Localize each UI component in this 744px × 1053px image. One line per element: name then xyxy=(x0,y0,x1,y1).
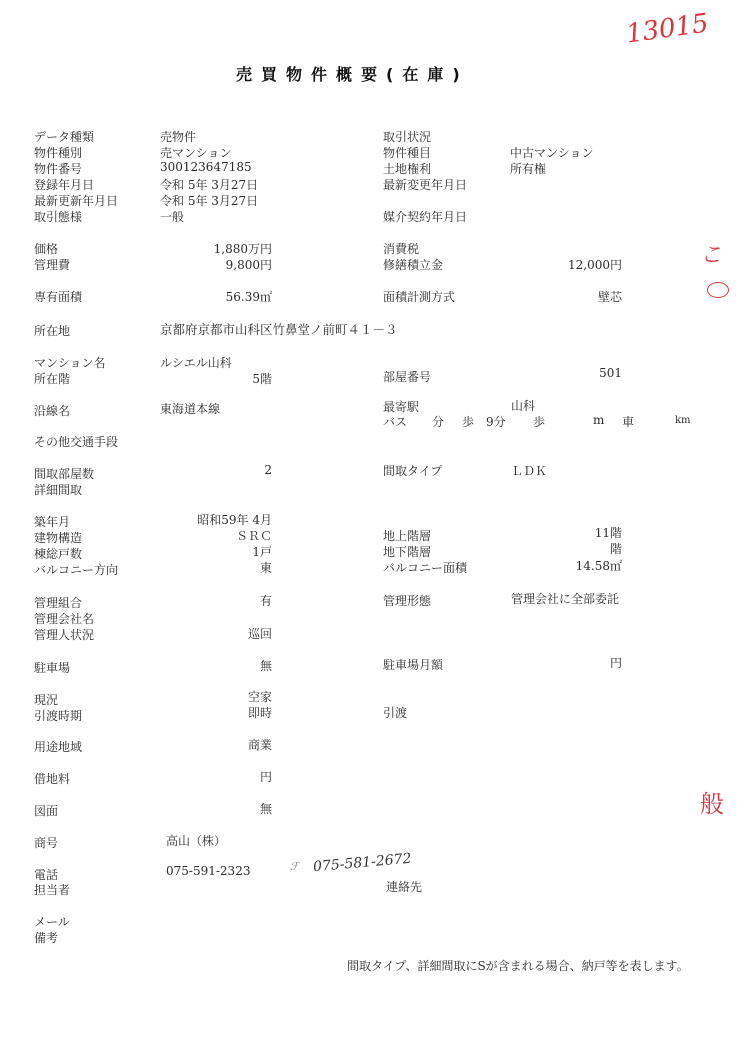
label-exclusive-area: 専有面積 xyxy=(34,288,82,305)
value-parking-monthly: 円 xyxy=(610,654,622,671)
handwritten-phone: 075-581-2672 xyxy=(312,851,412,876)
label-remarks: 備考 xyxy=(34,929,58,946)
label-property-number: 物件番号 xyxy=(34,160,82,177)
value-address: 京都府京都市山科区竹鼻堂ノ前町４１－３ xyxy=(160,320,398,338)
label-construction: 建物構造 xyxy=(34,529,82,546)
label-handover-time: 引渡時期 xyxy=(34,707,82,724)
label-built: 築年月 xyxy=(34,513,70,530)
value-repair-reserve: 12,000円 xyxy=(568,256,622,273)
label-line-name: 沿線名 xyxy=(34,402,70,419)
label-bus-minutes: 分 xyxy=(432,413,444,430)
value-association: 有 xyxy=(260,592,272,609)
value-phone: 075-591-2323 xyxy=(166,864,250,878)
label-property-category: 物件種別 xyxy=(34,144,82,161)
value-mansion-name: ルシエル山科 xyxy=(160,354,232,371)
label-balcony-direction: バルコニー方向 xyxy=(34,561,118,578)
label-handover: 引渡 xyxy=(383,704,407,721)
handwritten-mark: こ xyxy=(700,238,722,269)
value-handover-time: 即時 xyxy=(248,704,272,721)
label-use-district: 用途地域 xyxy=(34,738,82,755)
label-km: km xyxy=(675,415,691,426)
label-current-status: 現況 xyxy=(34,691,58,708)
label-contact: 連絡先 xyxy=(386,878,422,895)
label-layout-type: 間取タイプ xyxy=(383,462,442,479)
label-walk: 歩 xyxy=(462,413,474,430)
value-walk-minutes: 9分 xyxy=(486,413,506,430)
label-bus: バス xyxy=(383,413,407,430)
handwritten-circle xyxy=(707,282,729,298)
label-updated-date: 最新更新年月日 xyxy=(34,192,118,209)
value-area-method: 壁芯 xyxy=(598,288,622,305)
label-walk-distance: 歩 xyxy=(533,413,545,430)
value-management-form: 管理会社に全部委託 xyxy=(511,590,619,607)
label-land-lease: 借地料 xyxy=(34,770,70,787)
label-floors-above: 地上階層 xyxy=(383,527,431,544)
value-current-status: 空家 xyxy=(248,688,272,705)
value-balcony-area: 14.58㎡ xyxy=(576,557,622,574)
label-room-count: 間取部屋数 xyxy=(34,465,94,482)
handwritten-kanji: 般 xyxy=(700,784,724,819)
label-transaction-mode: 取引態様 xyxy=(34,208,82,225)
label-registered-date: 登録年月日 xyxy=(34,176,94,193)
label-parking-monthly: 駐車場月額 xyxy=(383,656,443,673)
label-floor: 所在階 xyxy=(34,370,70,387)
value-property-category: 売マンション xyxy=(160,144,231,161)
label-area-method: 面積計測方式 xyxy=(383,288,455,305)
label-price: 価格 xyxy=(34,240,58,257)
value-balcony-direction: 東 xyxy=(260,559,272,576)
value-transaction-mode: 一般 xyxy=(160,208,184,225)
value-updated-date: 令和 5年 3月27日 xyxy=(160,192,258,209)
value-land-lease: 円 xyxy=(260,768,272,785)
value-use-district: 商業 xyxy=(248,736,272,753)
label-meters: m xyxy=(593,413,604,427)
value-data-type: 売物件 xyxy=(160,128,196,145)
label-person-in-charge: 担当者 xyxy=(34,881,70,898)
label-mansion-name: マンション名 xyxy=(34,354,105,371)
label-manager-status: 管理人状況 xyxy=(34,626,94,643)
footnote: 間取タイプ、詳細間取にSが含まれる場合、納戸等を表します。 xyxy=(347,957,689,974)
value-property-type: 中古マンション xyxy=(510,144,593,161)
value-floor: 5階 xyxy=(252,370,272,387)
label-management-form: 管理形態 xyxy=(383,592,431,609)
label-other-transport: その他交通手段 xyxy=(34,433,118,450)
value-property-number: 300123647185 xyxy=(160,160,252,174)
label-management-company: 管理会社名 xyxy=(34,610,94,627)
label-consumption-tax: 消費税 xyxy=(383,240,419,257)
value-manager-status: 巡回 xyxy=(248,625,272,642)
page-title: 売買物件概要(在庫) xyxy=(236,62,469,85)
value-floors-below: 階 xyxy=(610,540,622,557)
value-drawing: 無 xyxy=(260,800,272,817)
label-layout-detail: 詳細間取 xyxy=(34,481,82,498)
value-registered-date: 令和 5年 3月27日 xyxy=(160,176,258,193)
label-trade-name: 商号 xyxy=(34,834,58,851)
value-layout-type: ＬＤＫ xyxy=(511,462,547,479)
label-land-rights: 土地権利 xyxy=(383,160,431,177)
label-property-type: 物件種目 xyxy=(383,144,431,161)
label-total-units: 棟総戸数 xyxy=(34,545,82,562)
value-land-rights: 所有権 xyxy=(510,160,546,177)
value-floors-above: 11階 xyxy=(595,524,622,541)
value-management-fee: 9,800円 xyxy=(226,256,272,273)
value-built: 昭和59年 4月 xyxy=(197,511,272,528)
handwritten-fax-mark: ℱ xyxy=(290,860,299,873)
label-balcony-area: バルコニー面積 xyxy=(383,559,467,576)
label-room-number: 部屋番号 xyxy=(383,368,431,385)
label-association: 管理組合 xyxy=(34,594,82,611)
value-exclusive-area: 56.39㎡ xyxy=(226,288,272,305)
value-nearest-station: 山科 xyxy=(511,397,535,414)
label-management-fee: 管理費 xyxy=(34,256,70,273)
value-room-count: 2 xyxy=(264,463,272,477)
value-price: 1,880万円 xyxy=(214,240,272,257)
handwritten-ref-number: 13015 xyxy=(624,8,710,49)
value-construction: ＳＲＣ xyxy=(236,527,272,544)
label-repair-reserve: 修繕積立金 xyxy=(383,256,443,273)
label-brokerage-contract-date: 媒介契約年月日 xyxy=(383,208,467,225)
value-parking: 無 xyxy=(260,657,272,674)
label-drawing: 図面 xyxy=(34,802,58,819)
label-car: 車 xyxy=(622,413,634,430)
label-address: 所在地 xyxy=(34,322,70,339)
value-room-number: 501 xyxy=(599,366,622,380)
label-parking: 駐車場 xyxy=(34,659,70,676)
value-total-units: 1戸 xyxy=(252,543,272,560)
label-transaction-status: 取引状況 xyxy=(383,128,431,145)
label-email: メール xyxy=(34,913,70,930)
value-line-name: 東海道本線 xyxy=(160,400,220,417)
value-trade-name: 高山（株） xyxy=(166,832,226,849)
label-last-changed-date: 最新変更年月日 xyxy=(383,176,467,193)
label-floors-below: 地下階層 xyxy=(383,543,431,560)
label-data-type: データ種類 xyxy=(34,128,94,145)
